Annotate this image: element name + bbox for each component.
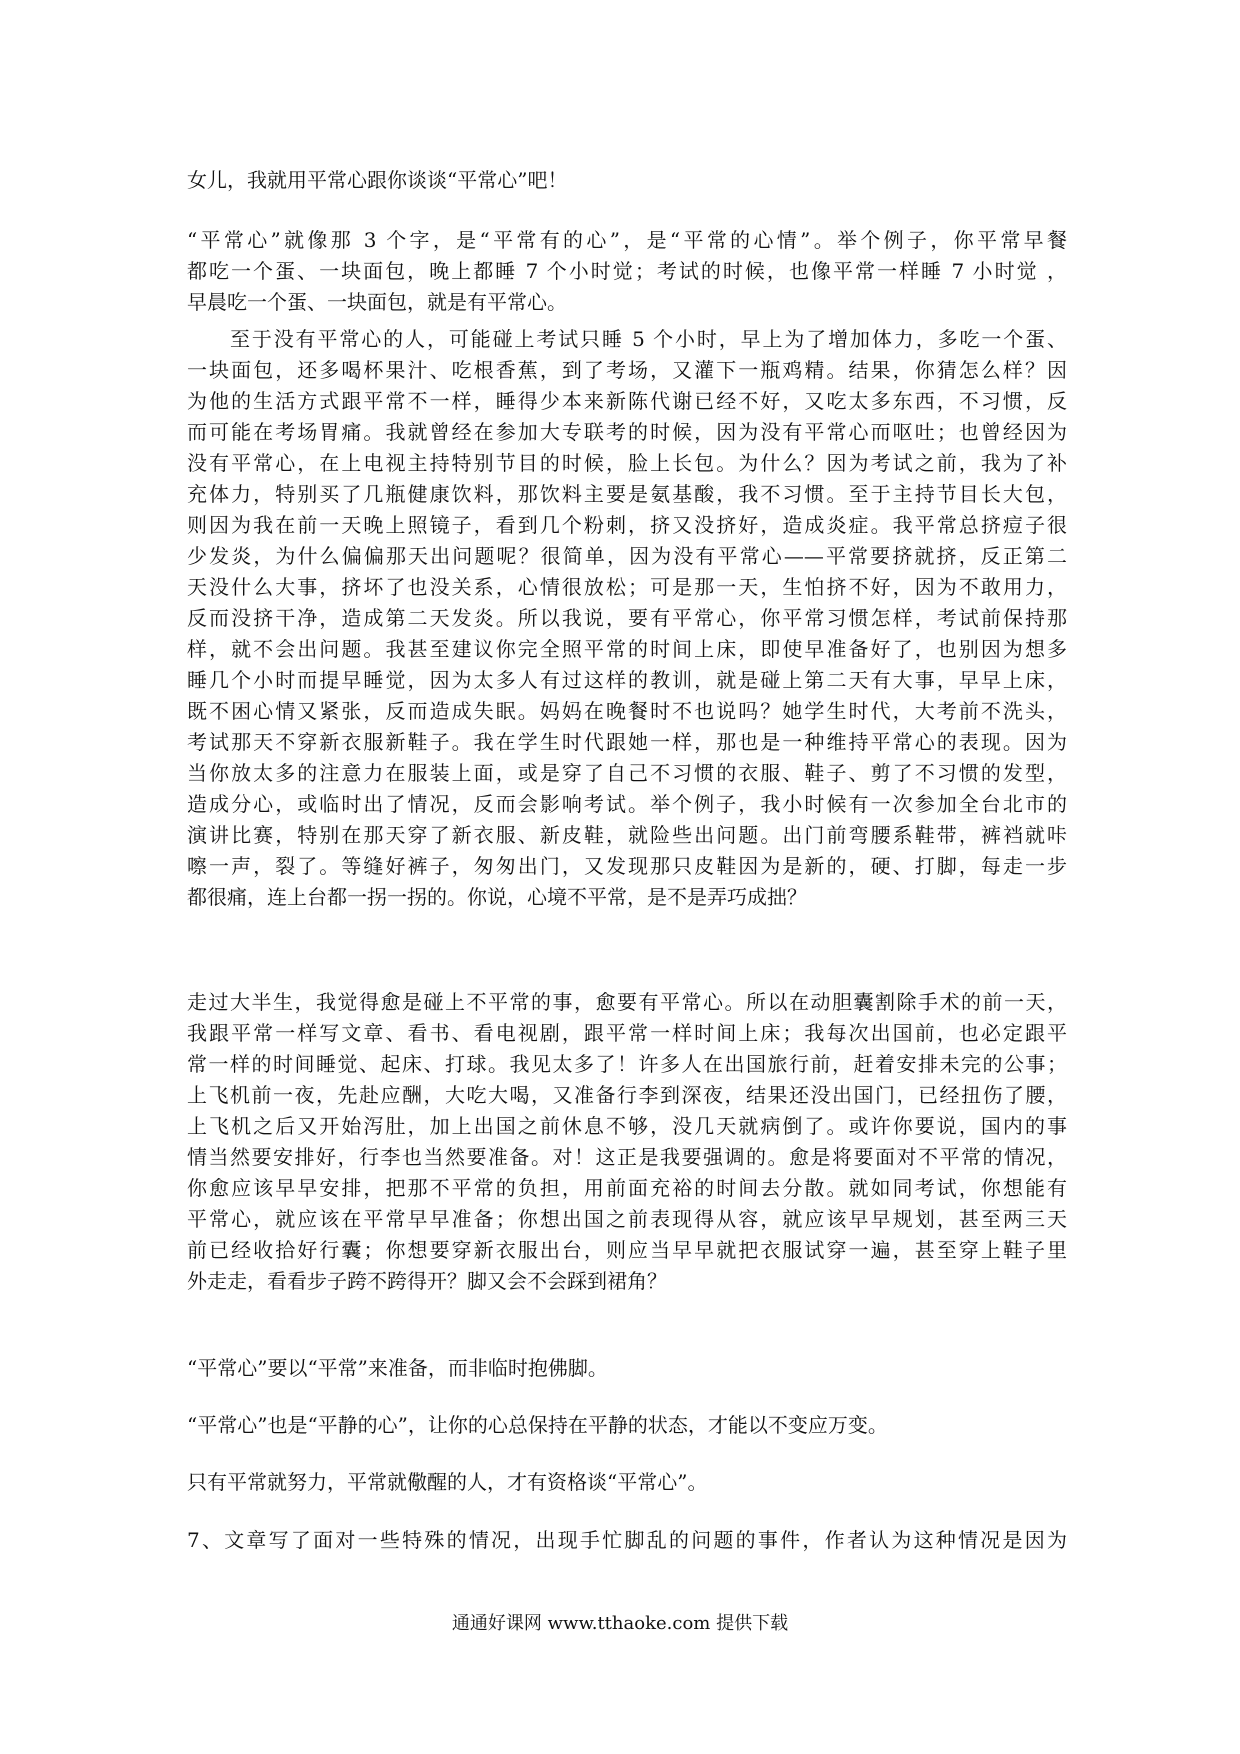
text-line: 都吃一个蛋、一块面包，晚上都睡 7 个小时觉；考试的时候，也像平常一样睡 7 小… bbox=[187, 259, 1067, 283]
page-footer: 通通好课网 www.tthaoke.com 提供下载 bbox=[0, 1612, 1240, 1636]
text-line: 女儿，我就用平常心跟你谈谈“平常心”吧！ bbox=[187, 168, 1067, 192]
text-line: 上飞机之后又开始泻肚，加上出国之前休息不够，没几天就病倒了。或许你要说，国内的事 bbox=[187, 1114, 1067, 1138]
text-line: “平常心”要以“平常”来准备，而非临时抱佛脚。 bbox=[187, 1356, 1067, 1380]
text-line: 造成分心，或临时出了情况，反而会影响考试。举个例子，我小时候有一次参加全台北市的 bbox=[187, 792, 1067, 816]
text-line: 既不困心情又紧张，反而造成失眠。妈妈在晚餐时不也说吗？她学生时代，大考前不洗头， bbox=[187, 699, 1067, 723]
text-line: 嚓一声，裂了。等缝好裤子，匆匆出门，又发现那只皮鞋因为是新的，硬、打脚，每走一步 bbox=[187, 854, 1067, 878]
text-line: 反而没挤干净，造成第二天发炎。所以我说，要有平常心，你平常习惯怎样，考试前保持那 bbox=[187, 606, 1067, 630]
text-line: 充体力，特别买了几瓶健康饮料，那饮料主要是氨基酸，我不习惯。至于主持节目长大包， bbox=[187, 482, 1067, 506]
text-line: 则因为我在前一天晚上照镜子，看到几个粉刺，挤又没挤好，造成炎症。我平常总挤痘子很 bbox=[187, 513, 1067, 537]
text-line: 睡几个小时而提早睡觉，因为太多人有过这样的教训，就是碰上第二天有大事，早早上床， bbox=[187, 668, 1067, 692]
text-line: 为他的生活方式跟平常不一样，睡得少本来新陈代谢已经不好，又吃太多东西，不习惯，反 bbox=[187, 389, 1067, 413]
text-line: 考试那天不穿新衣服新鞋子。我在学生时代跟她一样，那也是一种维持平常心的表现。因为 bbox=[187, 730, 1067, 754]
text-line: “平常心”就像那 3 个字，是“平常有的心”，是“平常的心情”。举个例子，你平常… bbox=[187, 228, 1067, 252]
text-line: 没有平常心，在上电视主持特别节目的时候，脸上长包。为什么？因为考试之前，我为了补 bbox=[187, 451, 1067, 475]
text-line: 至于没有平常心的人，可能碰上考试只睡 5 个小时，早上为了增加体力，多吃一个蛋、 bbox=[230, 327, 1067, 351]
text-line: 早晨吃一个蛋、一块面包，就是有平常心。 bbox=[187, 290, 1067, 314]
text-line: 一块面包，还多喝杯果汁、吃根香蕉，到了考场，又灌下一瓶鸡精。结果，你猜怎么样？因 bbox=[187, 358, 1067, 382]
text-line: 演讲比赛，特别在那天穿了新衣服、新皮鞋，就险些出问题。出门前弯腰系鞋带，裤裆就咔 bbox=[187, 823, 1067, 847]
text-line: 前已经收拾好行囊；你想要穿新衣服出台，则应当早早就把衣服试穿一遍，甚至穿上鞋子里 bbox=[187, 1238, 1067, 1262]
text-line: 你愈应该早早安排，把那不平常的负担，用前面充裕的时间去分散。就如同考试，你想能有 bbox=[187, 1176, 1067, 1200]
text-line: 走过大半生，我觉得愈是碰上不平常的事，愈要有平常心。所以在动胆囊割除手术的前一天… bbox=[187, 990, 1067, 1014]
text-line: 7、文章写了面对一些特殊的情况，出现手忙脚乱的问题的事件，作者认为这种情况是因为 bbox=[187, 1528, 1067, 1552]
text-line: 常一样的时间睡觉、起床、打球。我见太多了！许多人在出国旅行前，赶着安排未完的公事… bbox=[187, 1052, 1067, 1076]
text-line: 天没什么大事，挤坏了也没关系，心情很放松；可是那一天，生怕挤不好，因为不敢用力， bbox=[187, 575, 1067, 599]
text-line: 外走走，看看步子跨不跨得开？脚又会不会踩到裙角？ bbox=[187, 1269, 1067, 1293]
text-line: 平常心，就应该在平常早早准备；你想出国之前表现得从容，就应该早早规划，甚至两三天 bbox=[187, 1207, 1067, 1231]
text-line: 样，就不会出问题。我甚至建议你完全照平常的时间上床，即使早准备好了，也别因为想多 bbox=[187, 637, 1067, 661]
text-line: 只有平常就努力，平常就儆醒的人，才有资格谈“平常心”。 bbox=[187, 1470, 1067, 1494]
text-line: 少发炎，为什么偏偏那天出问题呢？很简单，因为没有平常心——平常要挤就挤，反正第二 bbox=[187, 544, 1067, 568]
text-line: 都很痛，连上台都一拐一拐的。你说，心境不平常，是不是弄巧成拙？ bbox=[187, 885, 1067, 909]
text-line: 当你放太多的注意力在服装上面，或是穿了自己不习惯的衣服、鞋子、剪了不习惯的发型， bbox=[187, 761, 1067, 785]
text-line: 我跟平常一样写文章、看书、看电视剧，跟平常一样时间上床；我每次出国前，也必定跟平 bbox=[187, 1021, 1067, 1045]
text-line: 而可能在考场胃痛。我就曾经在参加大专联考的时候，因为没有平常心而呕吐；也曾经因为 bbox=[187, 420, 1067, 444]
text-line: 情当然要安排好，行李也当然要准备。对！这正是我要强调的。愈是将要面对不平常的情况… bbox=[187, 1145, 1067, 1169]
text-line: 上飞机前一夜，先赴应酬，大吃大喝，又准备行李到深夜，结果还没出国门，已经扭伤了腰… bbox=[187, 1083, 1067, 1107]
text-line: “平常心”也是“平静的心”，让你的心总保持在平静的状态，才能以不变应万变。 bbox=[187, 1413, 1067, 1437]
